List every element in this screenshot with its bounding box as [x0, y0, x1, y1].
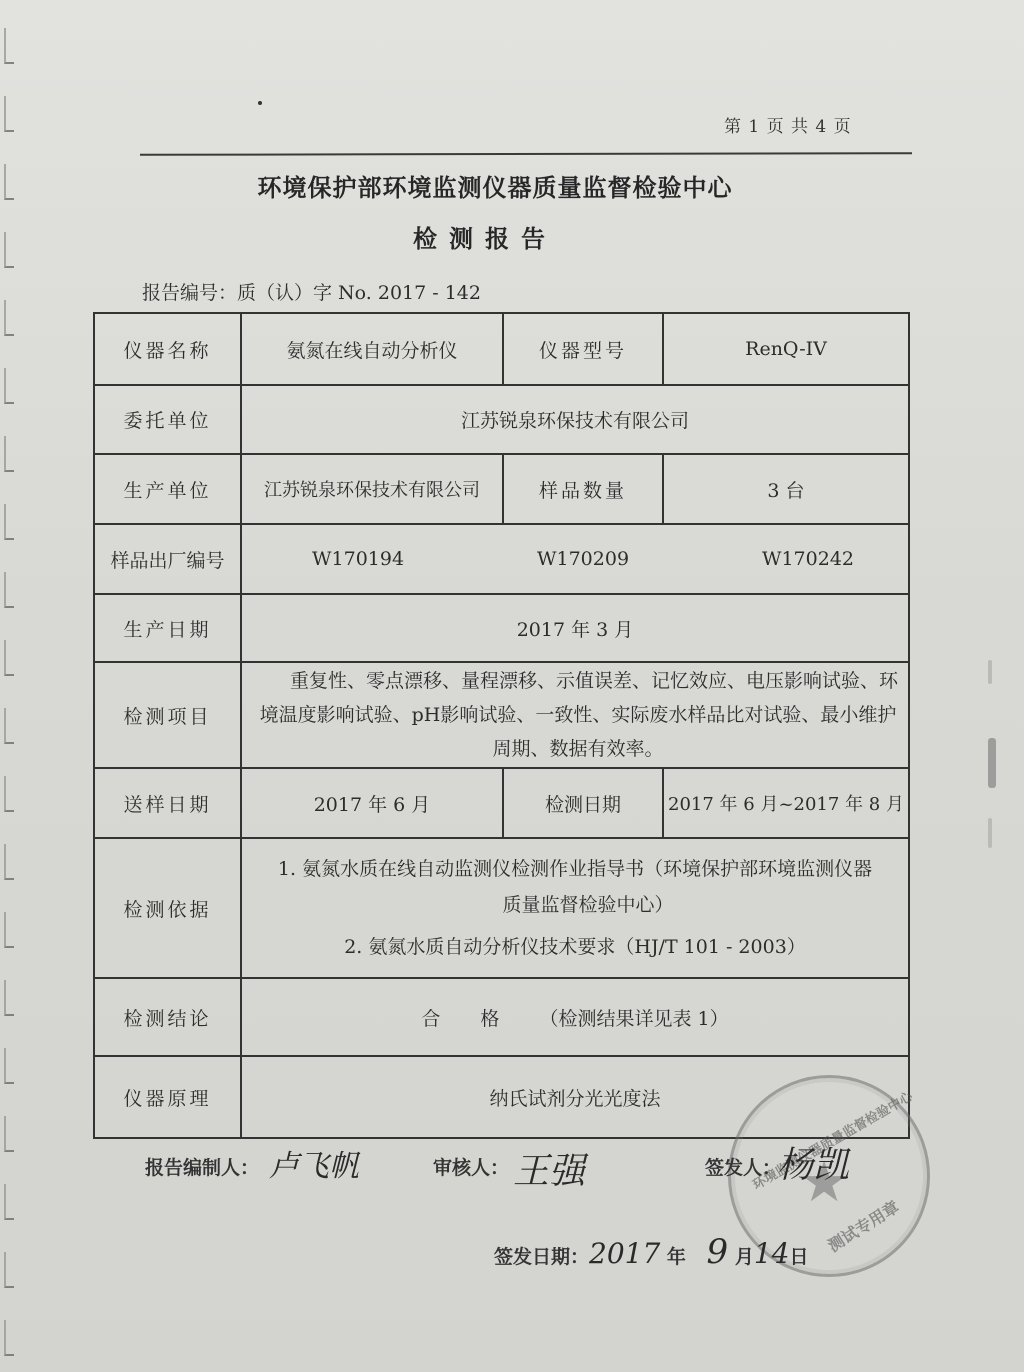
instrument-model-label: 仪器型号 — [503, 313, 663, 385]
row-test-items: 检测项目 重复性、零点漂移、量程漂移、示值误差、记忆效应、电压影响试验、环境温度… — [94, 662, 909, 768]
margin-mark — [988, 660, 992, 684]
binding-mark — [4, 1320, 14, 1356]
binding-mark — [4, 1184, 14, 1220]
binding-mark — [4, 776, 14, 812]
margin-mark — [988, 818, 992, 848]
issue-month: 9 — [707, 1232, 729, 1272]
year-unit: 年 — [667, 1246, 686, 1268]
row-dates: 送样日期 2017 年 6 月 检测日期 2017 年 6 月~2017 年 8… — [94, 768, 909, 838]
serial-2: W170209 — [537, 548, 629, 570]
row-client: 委托单位 江苏锐泉环保技术有限公司 — [94, 385, 909, 454]
conclusion-note: （检测结果详见表 1） — [539, 1008, 728, 1030]
issue-year: 2017 — [589, 1237, 660, 1270]
conclusion-label: 检测结论 — [94, 978, 241, 1056]
row-basis: 检测依据 1. 氨氮水质在线自动监测仪检测作业指导书（环境保护部环境监测仪器 质… — [94, 838, 909, 978]
report-form-table: 仪器名称 氨氮在线自动分析仪 仪器型号 RenQ-IV 委托单位 江苏锐泉环保技… — [93, 312, 910, 1139]
client-value: 江苏锐泉环保技术有限公司 — [241, 385, 909, 454]
binding-mark — [4, 980, 14, 1016]
production-date-label: 生产日期 — [94, 594, 241, 662]
binding-mark — [4, 1252, 14, 1288]
submit-date-value: 2017 年 6 月 — [241, 768, 503, 838]
sample-quantity-label: 样品数量 — [503, 454, 663, 524]
basis-item-1-line-2: 质量监督检验中心） — [246, 887, 904, 923]
test-date-label: 检测日期 — [503, 768, 663, 838]
page-indicator: 第 1 页 共 4 页 — [724, 112, 852, 137]
conclusion-value: 合格（检测结果详见表 1） — [241, 978, 909, 1056]
binding-mark — [4, 572, 14, 608]
instrument-name-label: 仪器名称 — [94, 313, 241, 385]
binding-mark — [4, 300, 14, 336]
issue-date: 签发日期：2017 年 9 月14日 — [494, 1232, 808, 1272]
margin-mark — [988, 738, 996, 788]
serial-values: W170194 W170209 W170242 — [241, 524, 909, 594]
day-unit: 日 — [789, 1246, 808, 1268]
row-instrument: 仪器名称 氨氮在线自动分析仪 仪器型号 RenQ-IV — [94, 313, 909, 385]
binding-mark — [4, 912, 14, 948]
binding-mark — [4, 1116, 14, 1152]
manufacturer-value: 江苏锐泉环保技术有限公司 — [241, 454, 503, 524]
basis-item-2: 2. 氨氮水质自动分析仪技术要求（HJ/T 101 - 2003） — [246, 929, 904, 965]
binding-mark — [4, 28, 14, 64]
report-number: 报告编号：质（认）字 No. 2017 - 142 — [142, 278, 481, 305]
manufacturer-label: 生产单位 — [94, 454, 241, 524]
test-items-value: 重复性、零点漂移、量程漂移、示值误差、记忆效应、电压影响试验、环境温度影响试验、… — [241, 662, 909, 768]
compiler-label: 报告编制人： — [145, 1153, 259, 1180]
issue-day: 14 — [754, 1237, 790, 1270]
binding-mark — [4, 844, 14, 880]
serial-3: W170242 — [762, 548, 854, 570]
binding-mark — [4, 504, 14, 540]
instrument-model-value: RenQ-IV — [663, 313, 909, 385]
submit-date-label: 送样日期 — [94, 768, 241, 838]
issuer-label: 签发人： — [705, 1153, 781, 1180]
test-items-label: 检测项目 — [94, 662, 241, 768]
principle-label: 仪器原理 — [94, 1056, 241, 1138]
production-date-value: 2017 年 3 月 — [241, 594, 909, 662]
client-label: 委托单位 — [94, 385, 241, 454]
conclusion-result: 合格 — [421, 1008, 539, 1030]
issuer-signature: 杨凯 — [777, 1137, 849, 1188]
organization-title: 环境保护部环境监测仪器质量监督检验中心 — [0, 168, 990, 203]
binding-mark — [4, 640, 14, 676]
basis-label: 检测依据 — [94, 838, 241, 978]
binding-mark — [4, 96, 14, 132]
issue-date-label: 签发日期： — [494, 1246, 589, 1268]
reviewer-label: 审核人： — [433, 1153, 509, 1180]
header-rule — [140, 152, 912, 156]
row-conclusion: 检测结论 合格（检测结果详见表 1） — [94, 978, 909, 1056]
document-title: 检测报告 — [0, 219, 970, 254]
row-serials: 样品出厂编号 W170194 W170209 W170242 — [94, 524, 909, 594]
basis-value: 1. 氨氮水质在线自动监测仪检测作业指导书（环境保护部环境监测仪器 质量监督检验… — [241, 838, 909, 978]
sample-quantity-value: 3 台 — [663, 454, 909, 524]
basis-item-1-line-1: 1. 氨氮水质在线自动监测仪检测作业指导书（环境保护部环境监测仪器 — [246, 851, 904, 887]
binding-mark — [4, 368, 14, 404]
reviewer-signature: 王强 — [513, 1143, 585, 1194]
compiler-signature: 卢飞帆 — [269, 1141, 359, 1185]
serial-label: 样品出厂编号 — [94, 524, 241, 594]
binding-mark — [4, 1048, 14, 1084]
month-unit: 月 — [735, 1246, 754, 1268]
row-production-date: 生产日期 2017 年 3 月 — [94, 594, 909, 662]
ink-dot — [258, 101, 262, 105]
serial-1: W170194 — [312, 548, 404, 570]
test-date-value: 2017 年 6 月~2017 年 8 月 — [663, 768, 909, 838]
binding-mark — [4, 436, 14, 472]
row-manufacturer: 生产单位 江苏锐泉环保技术有限公司 样品数量 3 台 — [94, 454, 909, 524]
instrument-name-value: 氨氮在线自动分析仪 — [241, 313, 503, 385]
binding-mark — [4, 708, 14, 744]
